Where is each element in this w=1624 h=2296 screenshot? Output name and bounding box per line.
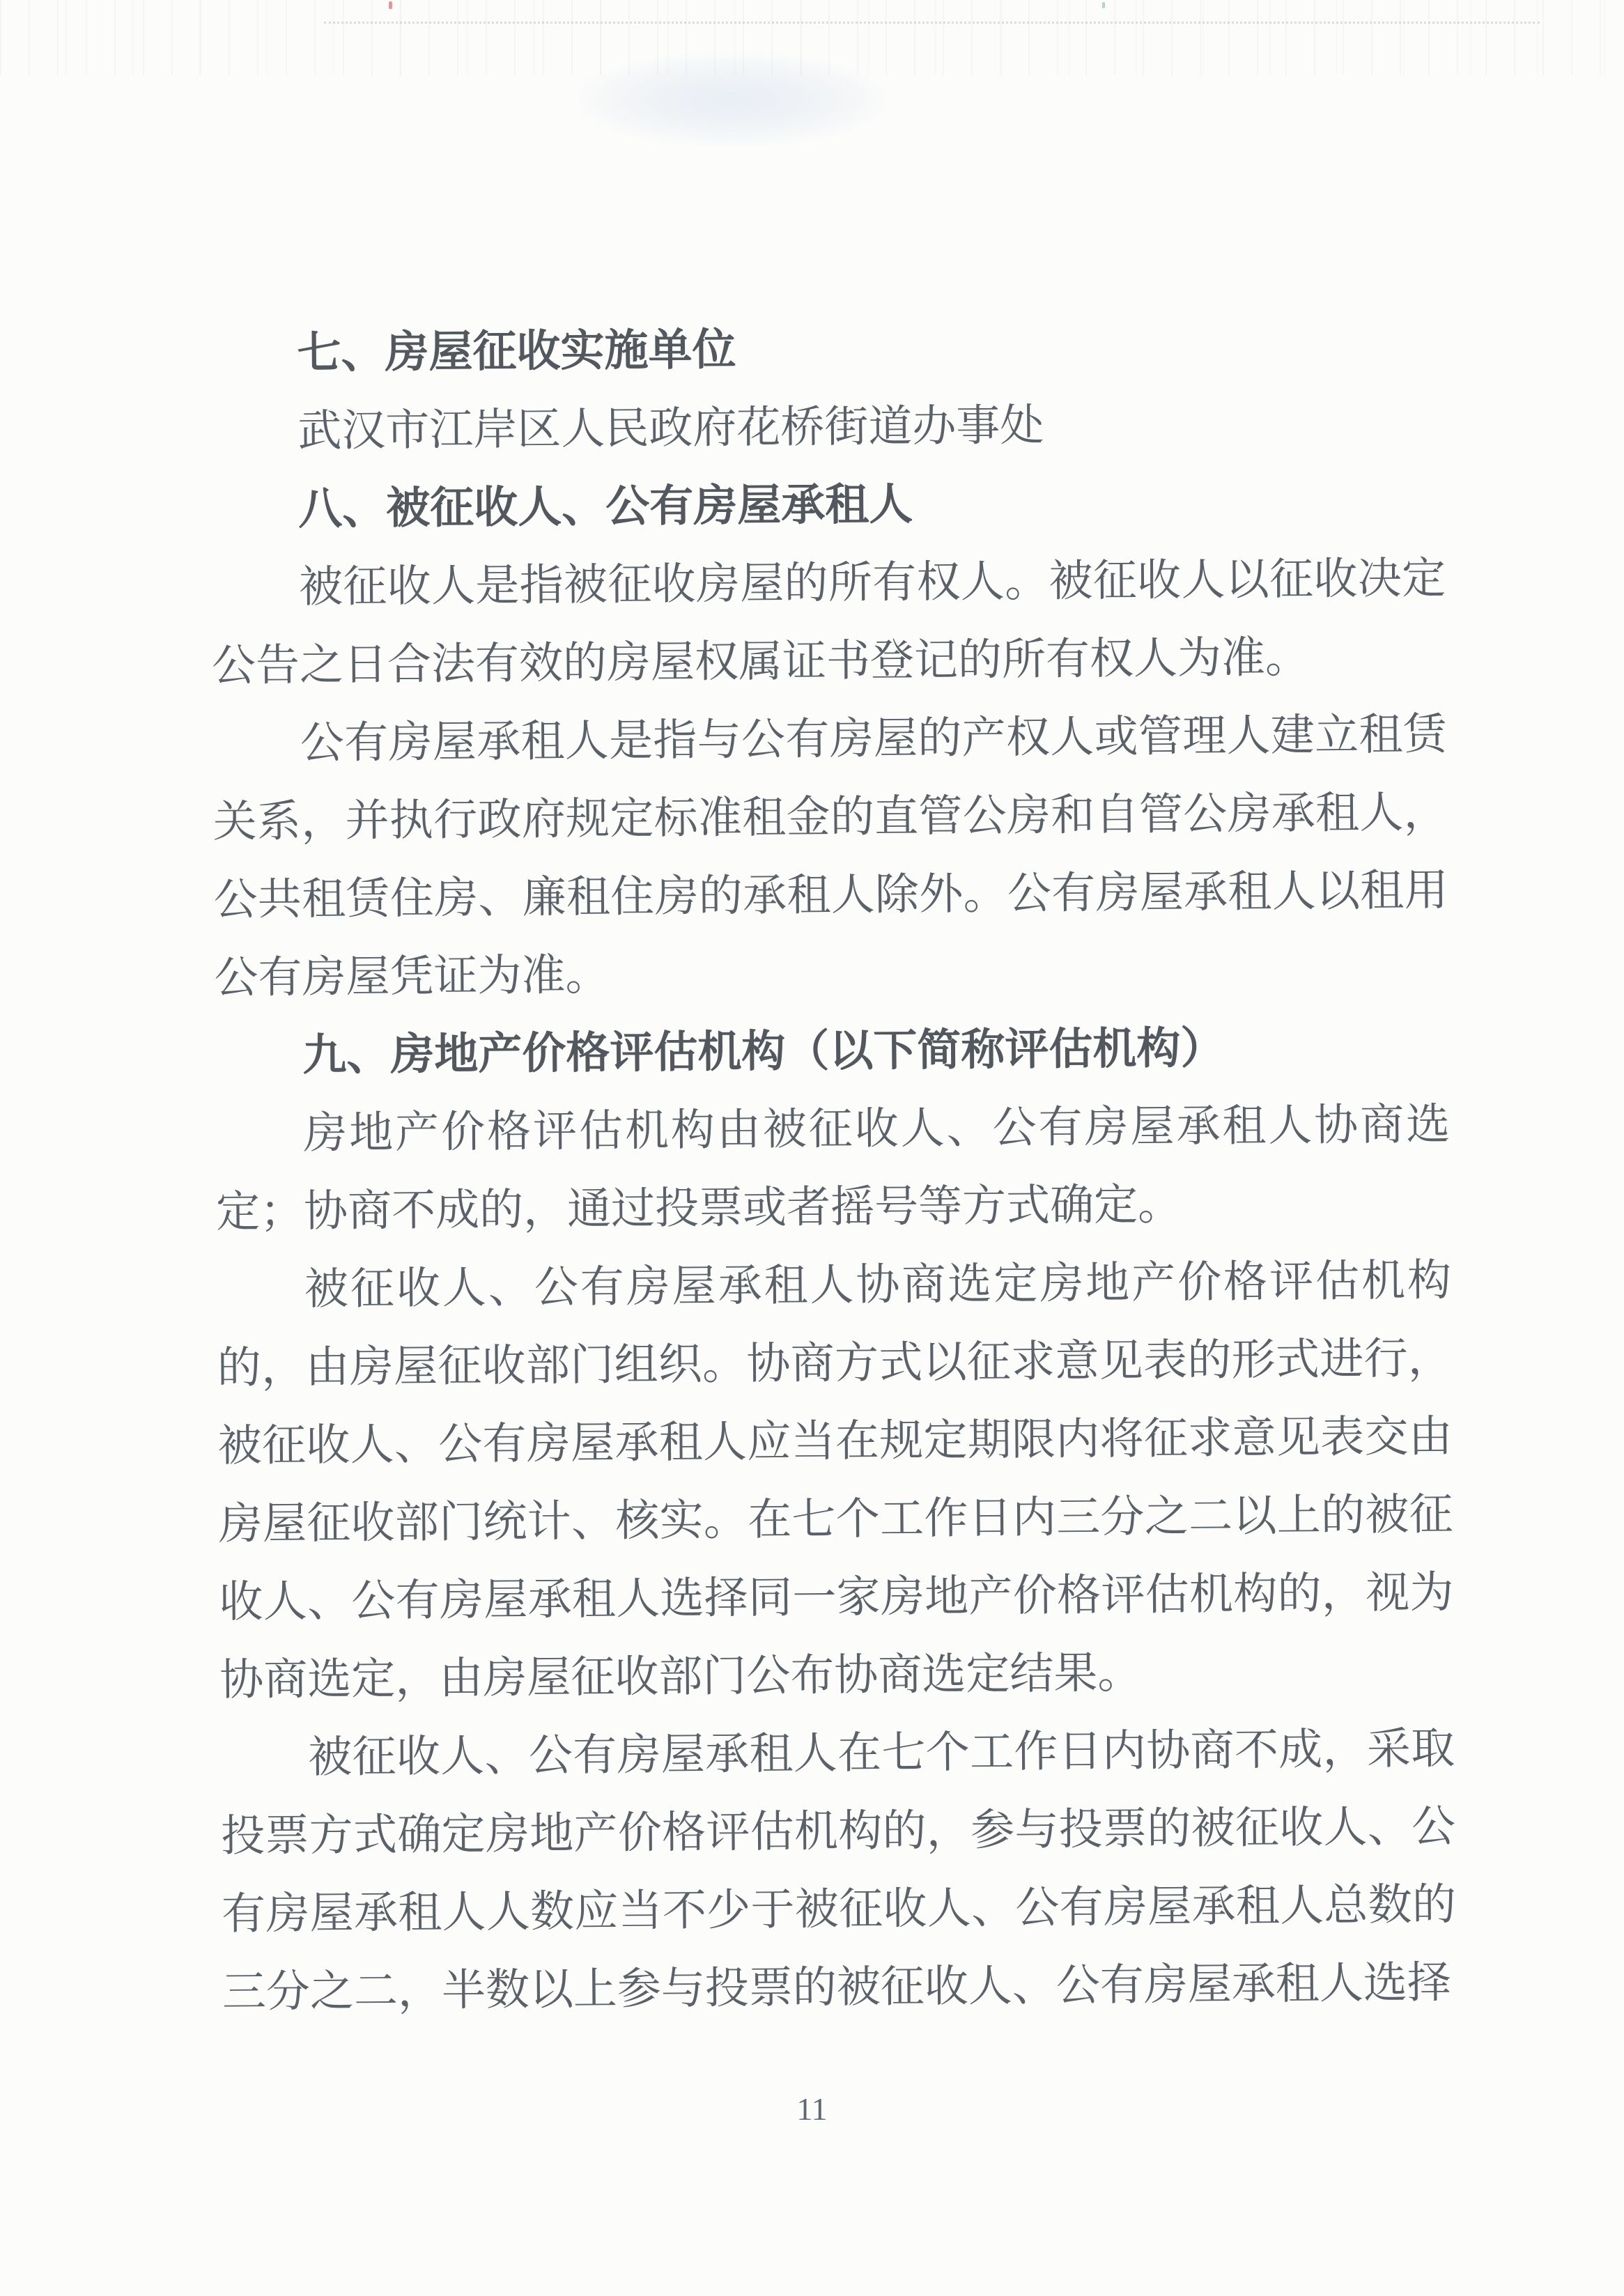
scan-smudge-artifact	[578, 54, 885, 145]
page-number: 11	[0, 2090, 1624, 2129]
paragraph-expropriated-person-definition: 被征收人是指被征收房屋的所有权人。被征收人以征收决定公告之日合法有效的房屋权属证…	[211, 539, 1447, 705]
scan-teal-speck-artifact	[1102, 2, 1105, 8]
scan-red-speck-artifact	[389, 1, 392, 9]
paragraph-appraisal-agency-selection: 房地产价格评估机构由被征收人、公有房屋承租人协商选定；协商不成的，通过投票或者摇…	[215, 1085, 1451, 1251]
section-heading-8-expropriated-persons: 八、被征收人、公有房屋承租人	[210, 461, 1446, 549]
document-text-block: 七、房屋征收实施单位 武汉市江岸区人民政府花桥街道办事处 八、被征收人、公有房屋…	[209, 305, 1457, 2031]
paragraph-consultation-procedure: 被征收人、公有房屋承租人协商选定房地产价格评估机构的，由房屋征收部门组织。协商方…	[217, 1241, 1455, 1719]
section-heading-7-implementing-unit: 七、房屋征收实施单位	[209, 305, 1444, 393]
scanned-document-page: 七、房屋征收实施单位 武汉市江岸区人民政府花桥街道办事处 八、被征收人、公有房屋…	[0, 0, 1624, 2296]
paragraph-voting-procedure: 被征收人、公有房屋承租人在七个工作日内协商不成，采取投票方式确定房地产价格评估机…	[220, 1709, 1457, 2031]
paragraph-public-housing-tenant-definition: 公有房屋承租人是指与公有房屋的产权人或管理人建立租赁关系，并执行政府规定标准租金…	[212, 695, 1448, 1017]
scan-dotted-line-artifact	[324, 22, 1540, 24]
paragraph-implementing-unit-name: 武汉市江岸区人民政府花桥街道办事处	[210, 383, 1445, 471]
section-heading-9-appraisal-agency: 九、房地产价格评估机构（以下简称评估机构）	[215, 1007, 1450, 1095]
